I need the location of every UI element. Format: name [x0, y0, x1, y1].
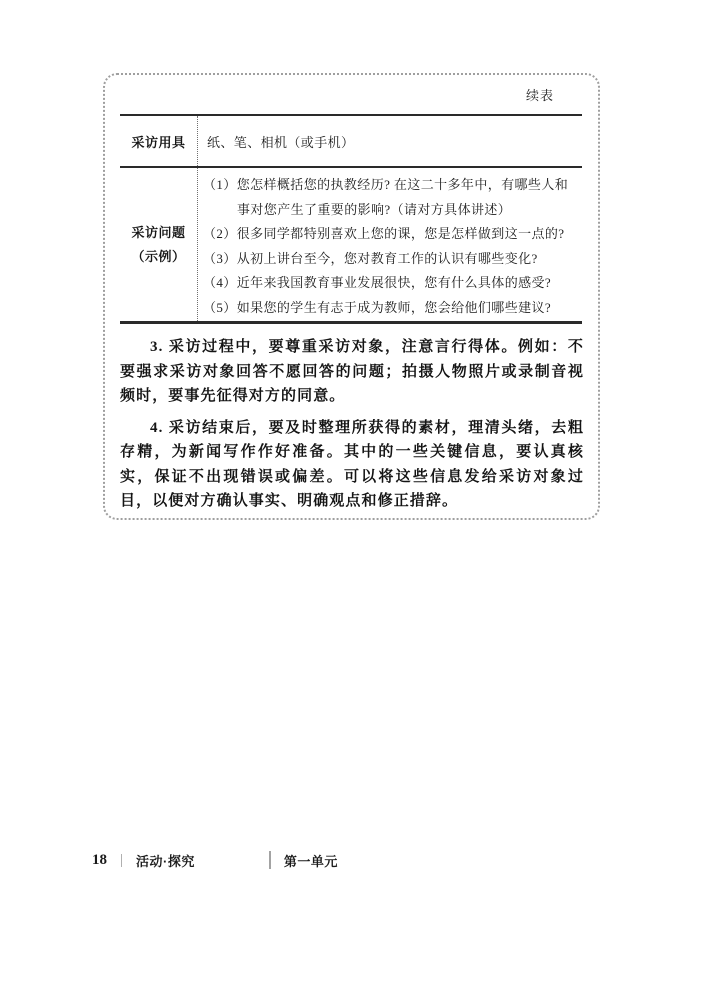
- continued-table-label: 续表: [120, 87, 580, 104]
- question-marker: （4）: [203, 275, 237, 290]
- question-item: （5）如果您的学生有志于成为教师，您会给他们哪些建议?: [203, 296, 580, 321]
- row-content-tools: 纸、笔、相机（或手机）: [197, 116, 582, 166]
- question-item: （4）近年来我国教育事业发展很快，您有什么具体的感受?: [203, 271, 580, 296]
- question-marker: （1）: [203, 177, 237, 192]
- footer-section-label: 活动·探究: [136, 851, 195, 870]
- question-marker: （5）: [203, 300, 237, 315]
- footer-unit-label: 第一单元: [284, 851, 338, 870]
- question-item: （2）很多同学都特别喜欢上您的课，您是怎样做到这一点的?: [203, 222, 580, 247]
- row-header-line: （示例）: [131, 245, 185, 269]
- question-text: 从初上讲台至今，您对教育工作的认识有哪些变化?: [237, 251, 538, 266]
- note-paragraph-4: 4. 采访结束后，要及时整理所获得的素材，理清头绪，去粗存精，为新闻写作作好准备…: [120, 416, 584, 514]
- question-marker: （3）: [203, 251, 237, 266]
- footer-divider: [269, 851, 271, 869]
- row-header-line: 采访问题: [131, 221, 185, 245]
- dotted-panel: 续表 采访用具 纸、笔、相机（或手机） 采访问题 （示例） （1）您怎样概括您的…: [103, 73, 600, 520]
- footer-divider: [121, 854, 122, 867]
- note-paragraph-3: 3. 采访过程中，要尊重采访对象，注意言行得体。例如：不要强求采访对象回答不愿回…: [120, 335, 584, 409]
- question-item: （1）您怎样概括您的执教经历? 在这二十多年中，有哪些人和事对您产生了重要的影响…: [203, 173, 580, 222]
- table-row: 采访用具 纸、笔、相机（或手机）: [120, 116, 582, 168]
- question-text: 您怎样概括您的执教经历? 在这二十多年中，有哪些人和事对您产生了重要的影响?（请…: [237, 177, 568, 217]
- textbook-page: 续表 采访用具 纸、笔、相机（或手机） 采访问题 （示例） （1）您怎样概括您的…: [0, 0, 701, 991]
- table-row: 采访问题 （示例） （1）您怎样概括您的执教经历? 在这二十多年中，有哪些人和事…: [120, 168, 582, 321]
- interview-table: 采访用具 纸、笔、相机（或手机） 采访问题 （示例） （1）您怎样概括您的执教经…: [120, 114, 582, 324]
- question-text: 近年来我国教育事业发展很快，您有什么具体的感受?: [237, 275, 551, 290]
- row-header-questions: 采访问题 （示例）: [120, 168, 197, 321]
- question-text: 如果您的学生有志于成为教师，您会给他们哪些建议?: [237, 300, 551, 315]
- row-header-tools: 采访用具: [120, 116, 197, 166]
- page-footer: 18 活动·探究 第一单元: [92, 849, 338, 871]
- question-text: 很多同学都特别喜欢上您的课，您是怎样做到这一点的?: [237, 226, 565, 241]
- row-content-questions: （1）您怎样概括您的执教经历? 在这二十多年中，有哪些人和事对您产生了重要的影响…: [197, 168, 582, 321]
- question-item: （3）从初上讲台至今，您对教育工作的认识有哪些变化?: [203, 247, 580, 272]
- question-marker: （2）: [203, 226, 237, 241]
- page-number: 18: [92, 852, 107, 869]
